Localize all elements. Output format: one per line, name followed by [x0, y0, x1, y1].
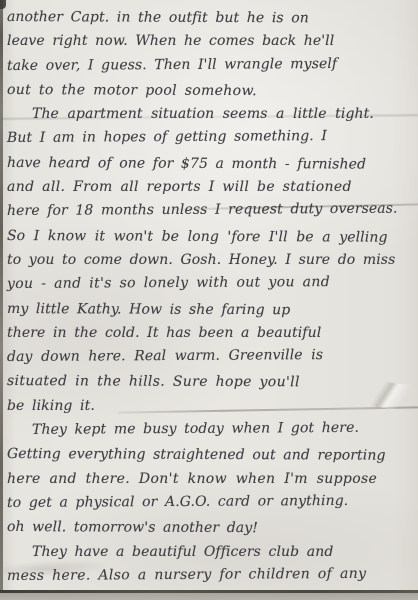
scan-background-strip	[0, 593, 418, 600]
letter-line: and all. From all reports I will be stat…	[7, 175, 415, 199]
letter-line: situated in the hills. Sure hope you'll	[7, 369, 415, 395]
letter-line: mess here. Also a nursery for children o…	[7, 561, 415, 588]
letter-line: So I know it won't be long 'fore I'll be…	[7, 224, 415, 250]
letter-line: The apartment situation seems a little t…	[7, 102, 415, 126]
letter-line: But I am in hopes of getting something. …	[7, 124, 415, 151]
letter-line: have heard of one for $75 a month - furn…	[7, 151, 415, 177]
letter-line: here and there. Don't know when I'm supp…	[7, 467, 415, 491]
paper-left-edge	[0, 0, 3, 600]
letter-line: oh well. tomorrow's another day!	[7, 515, 415, 541]
letter-line: you - and it's so lonely with out you an…	[7, 270, 415, 297]
letter-line: to you to come down. Gosh. Honey. I sure…	[7, 248, 415, 272]
letter-line: to get a physical or A.G.O. card or anyt…	[7, 488, 415, 515]
letter-line: out to the motor pool somehow.	[7, 78, 415, 104]
letter-line: day down here. Real warm. Greenville is	[7, 343, 415, 370]
letter-line: my little Kathy. How is she faring up	[7, 297, 415, 323]
letter-line: Getting everything straightened out and …	[7, 442, 415, 468]
letter-line: take over, I guess. Then I'll wrangle my…	[7, 51, 415, 78]
letter-line: They kept me busy today when I got here.	[7, 416, 415, 443]
letter-line: be liking it.	[7, 394, 415, 418]
letter-body: another Capt. in the outfit but he is on…	[7, 5, 415, 592]
letter-line: They have a beautiful Officers club and	[7, 540, 415, 564]
letter-line: leave right now. When he comes back he'l…	[7, 29, 415, 53]
paper-corner-mark	[0, 0, 6, 9]
letter-page: another Capt. in the outfit but he is on…	[0, 0, 418, 600]
letter-line: another Capt. in the outfit but he is on	[7, 5, 415, 31]
letter-line: there in the cold. It has been a beautif…	[7, 321, 415, 345]
letter-line: here for 18 months unless I request duty…	[7, 197, 415, 224]
